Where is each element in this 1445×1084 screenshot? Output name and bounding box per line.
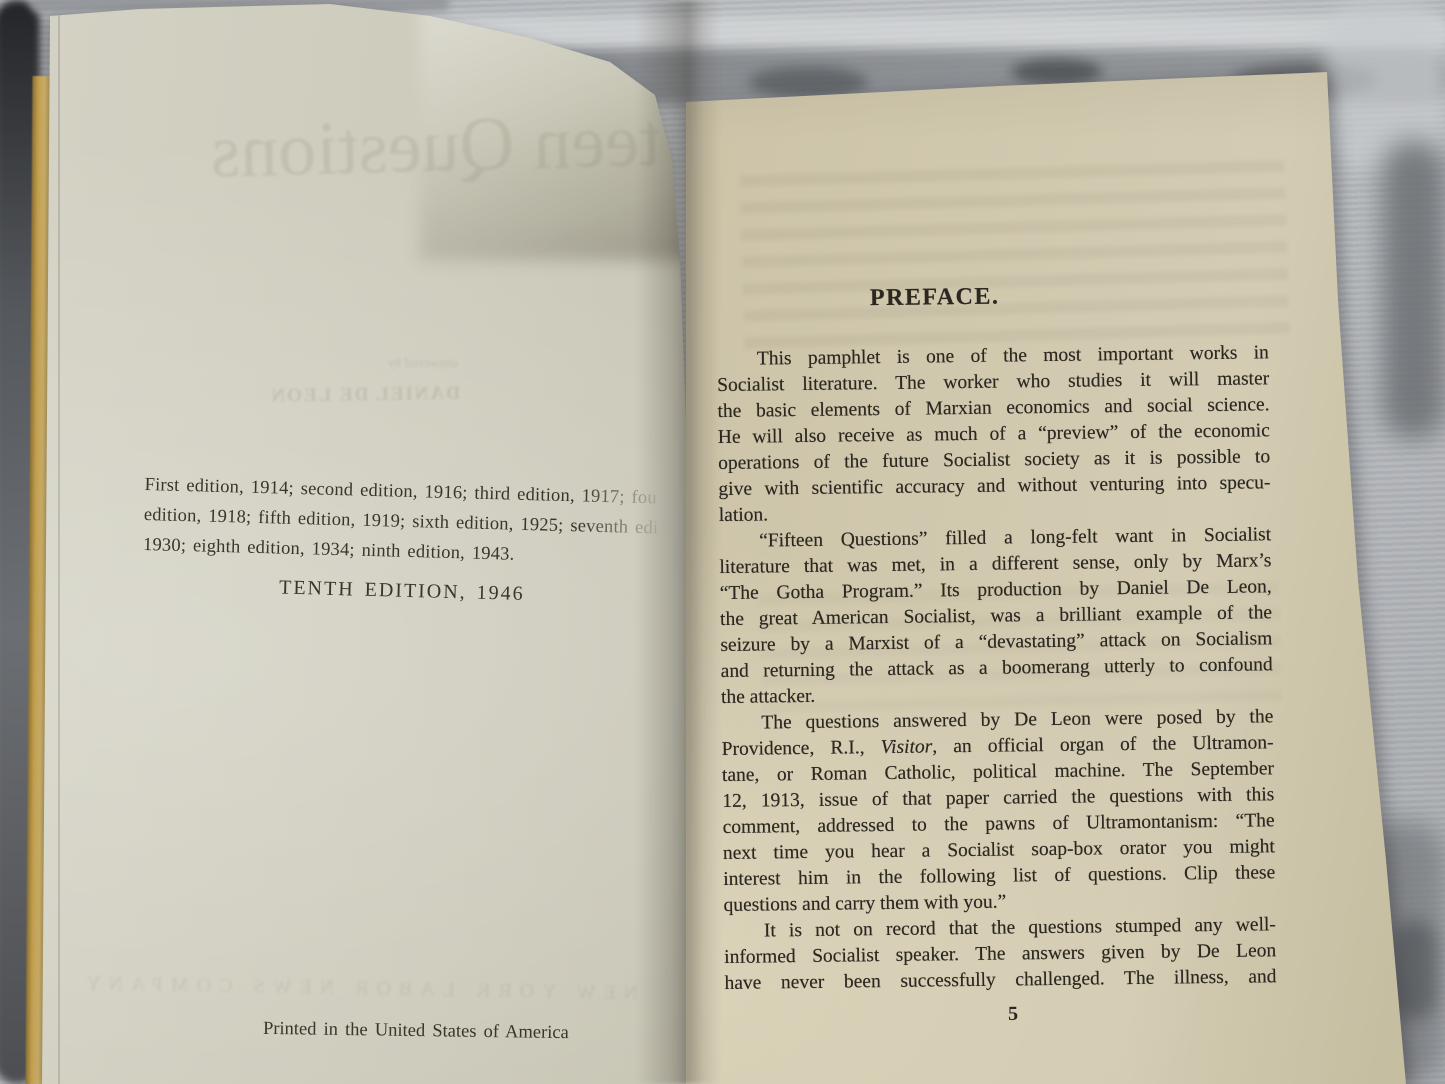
preface-heading: PREFACE. [716, 280, 1268, 313]
right-page-wrap: PREFACE. This pamphlet is one of the mos… [0, 0, 1445, 1084]
preface-paragraphs: This pamphlet is one of the most importa… [717, 340, 1277, 997]
preface-text-line: have never been successfully challenged.… [724, 964, 1276, 997]
photo-open-book: teen Questions answered by DANIEL DE LEO… [0, 0, 1445, 1084]
right-page: PREFACE. This pamphlet is one of the mos… [0, 0, 1445, 1084]
page-number: 5 [1008, 1003, 1018, 1026]
preface-column: PREFACE. This pamphlet is one of the mos… [716, 280, 1277, 997]
